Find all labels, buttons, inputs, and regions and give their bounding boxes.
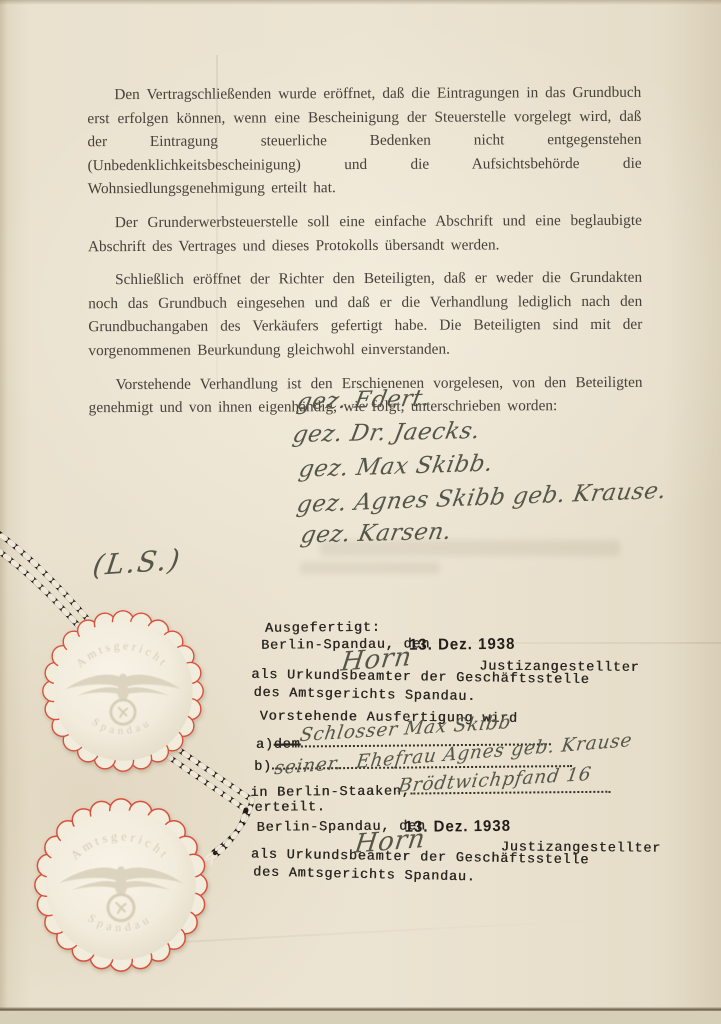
ink-bleedthrough bbox=[300, 562, 440, 574]
clerk-signature-2: Horn bbox=[354, 824, 427, 859]
ausgefertigt-label: Ausgefertigt: bbox=[265, 621, 381, 637]
signature-line: gez. Karsen. bbox=[301, 513, 671, 548]
embossed-notary-seal: Amtsgericht Amtsgericht Spandau Spandau bbox=[42, 610, 204, 772]
protocol-body-text: Den Vertragschließenden wurde eröffnet, … bbox=[87, 81, 643, 430]
clerk-signature-1: Horn bbox=[340, 642, 413, 677]
date-stamp-1: 13. Dez. 1938 bbox=[409, 635, 516, 654]
signature-line: gez. Dr. Jaecks. bbox=[293, 414, 663, 448]
certification-block: Ausgefertigt: Berlin-Spandau, den 13. De… bbox=[247, 618, 689, 892]
scanned-notarial-document-page: Den Vertragschließenden wurde eröffnet, … bbox=[0, 0, 721, 1024]
paper-top-edge bbox=[0, 0, 721, 5]
paper-crease bbox=[180, 919, 600, 943]
scan-background-strip bbox=[0, 1011, 721, 1024]
erteilt-line: erteilt. bbox=[254, 800, 325, 816]
embossed-notary-seal: Amtsgericht Amtsgericht Spandau Spandau bbox=[34, 798, 208, 972]
signature-line: gez. Max Skibb. bbox=[299, 445, 669, 483]
paragraph-grunderwerbsteuer: Der Grunderwerbsteuerstelle soll eine ei… bbox=[88, 209, 642, 259]
role-line-1b: des Amtsgerichts Spandau. bbox=[253, 686, 476, 705]
paragraph-grundbuch: Den Vertragschließenden wurde eröffnet, … bbox=[87, 81, 642, 201]
signature-line: gez. Edert. bbox=[297, 379, 667, 415]
signatures-block: gez. Edert. gez. Dr. Jaecks. gez. Max Sk… bbox=[297, 384, 666, 552]
signature-line: gez. Agnes Skibb geb. Krause. bbox=[297, 477, 667, 517]
paragraph-richter: Schließlich eröffnet der Richter den Bet… bbox=[88, 266, 642, 363]
role-line-2b: des Amtsgerichts Spandau. bbox=[253, 865, 476, 885]
